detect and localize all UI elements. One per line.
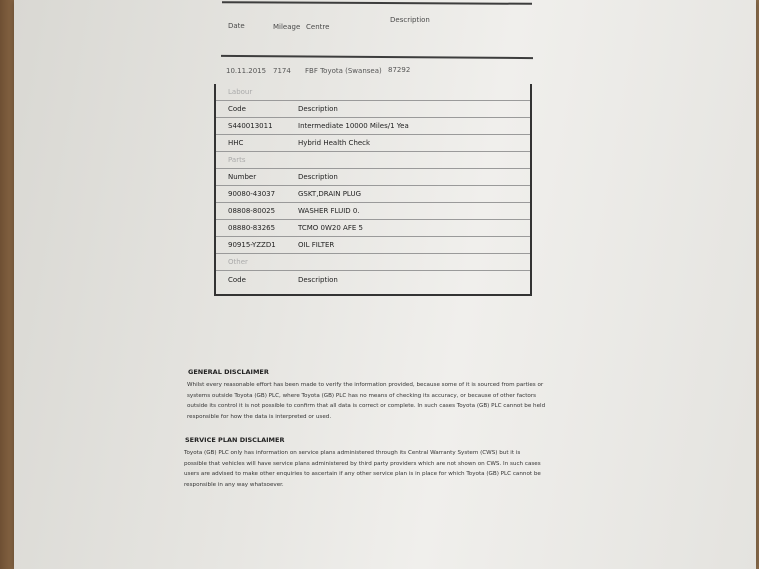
labour-section-label: Labour: [216, 84, 530, 101]
entry-centre: FBF Toyota (Swansea): [305, 67, 382, 75]
general-disclaimer-title: GENERAL DISCLAIMER: [188, 368, 269, 376]
service-items-table: Labour Code Description S440013011 Inter…: [214, 84, 532, 296]
table-row: 90080-43037 GSKT,DRAIN PLUG: [216, 186, 530, 203]
header-mileage: Mileage: [273, 23, 300, 31]
table-row: 08808-80025 WASHER FLUID 0.: [216, 203, 530, 220]
entry-date: 10.11.2015: [226, 67, 266, 75]
table-row: 08880-83265 TCMO 0W20 AFE 5: [216, 220, 530, 237]
general-disclaimer-text: Whilst every reasonable effort has been …: [187, 380, 547, 422]
table-row: S440013011 Intermediate 10000 Miles/1 Ye…: [216, 118, 530, 135]
parts-section-label: Parts: [216, 152, 530, 169]
other-header-row: Code Description: [216, 272, 530, 288]
table-row: 90915-YZZD1 OIL FILTER: [216, 237, 530, 254]
service-plan-disclaimer-title: SERVICE PLAN DISCLAIMER: [185, 436, 284, 444]
other-section-label: Other: [216, 254, 530, 271]
service-plan-disclaimer-text: Toyota (GB) PLC only has information on …: [184, 448, 544, 490]
entry-mileage: 7174: [273, 67, 291, 75]
labour-header-row: Code Description: [216, 101, 530, 118]
entry-description: 87292: [388, 66, 410, 74]
header-date: Date: [228, 22, 245, 30]
header-description: Description: [390, 16, 430, 24]
header-centre: Centre: [306, 23, 329, 31]
parts-header-row: Number Description: [216, 169, 530, 186]
table-row: HHC Hybrid Health Check: [216, 135, 530, 152]
